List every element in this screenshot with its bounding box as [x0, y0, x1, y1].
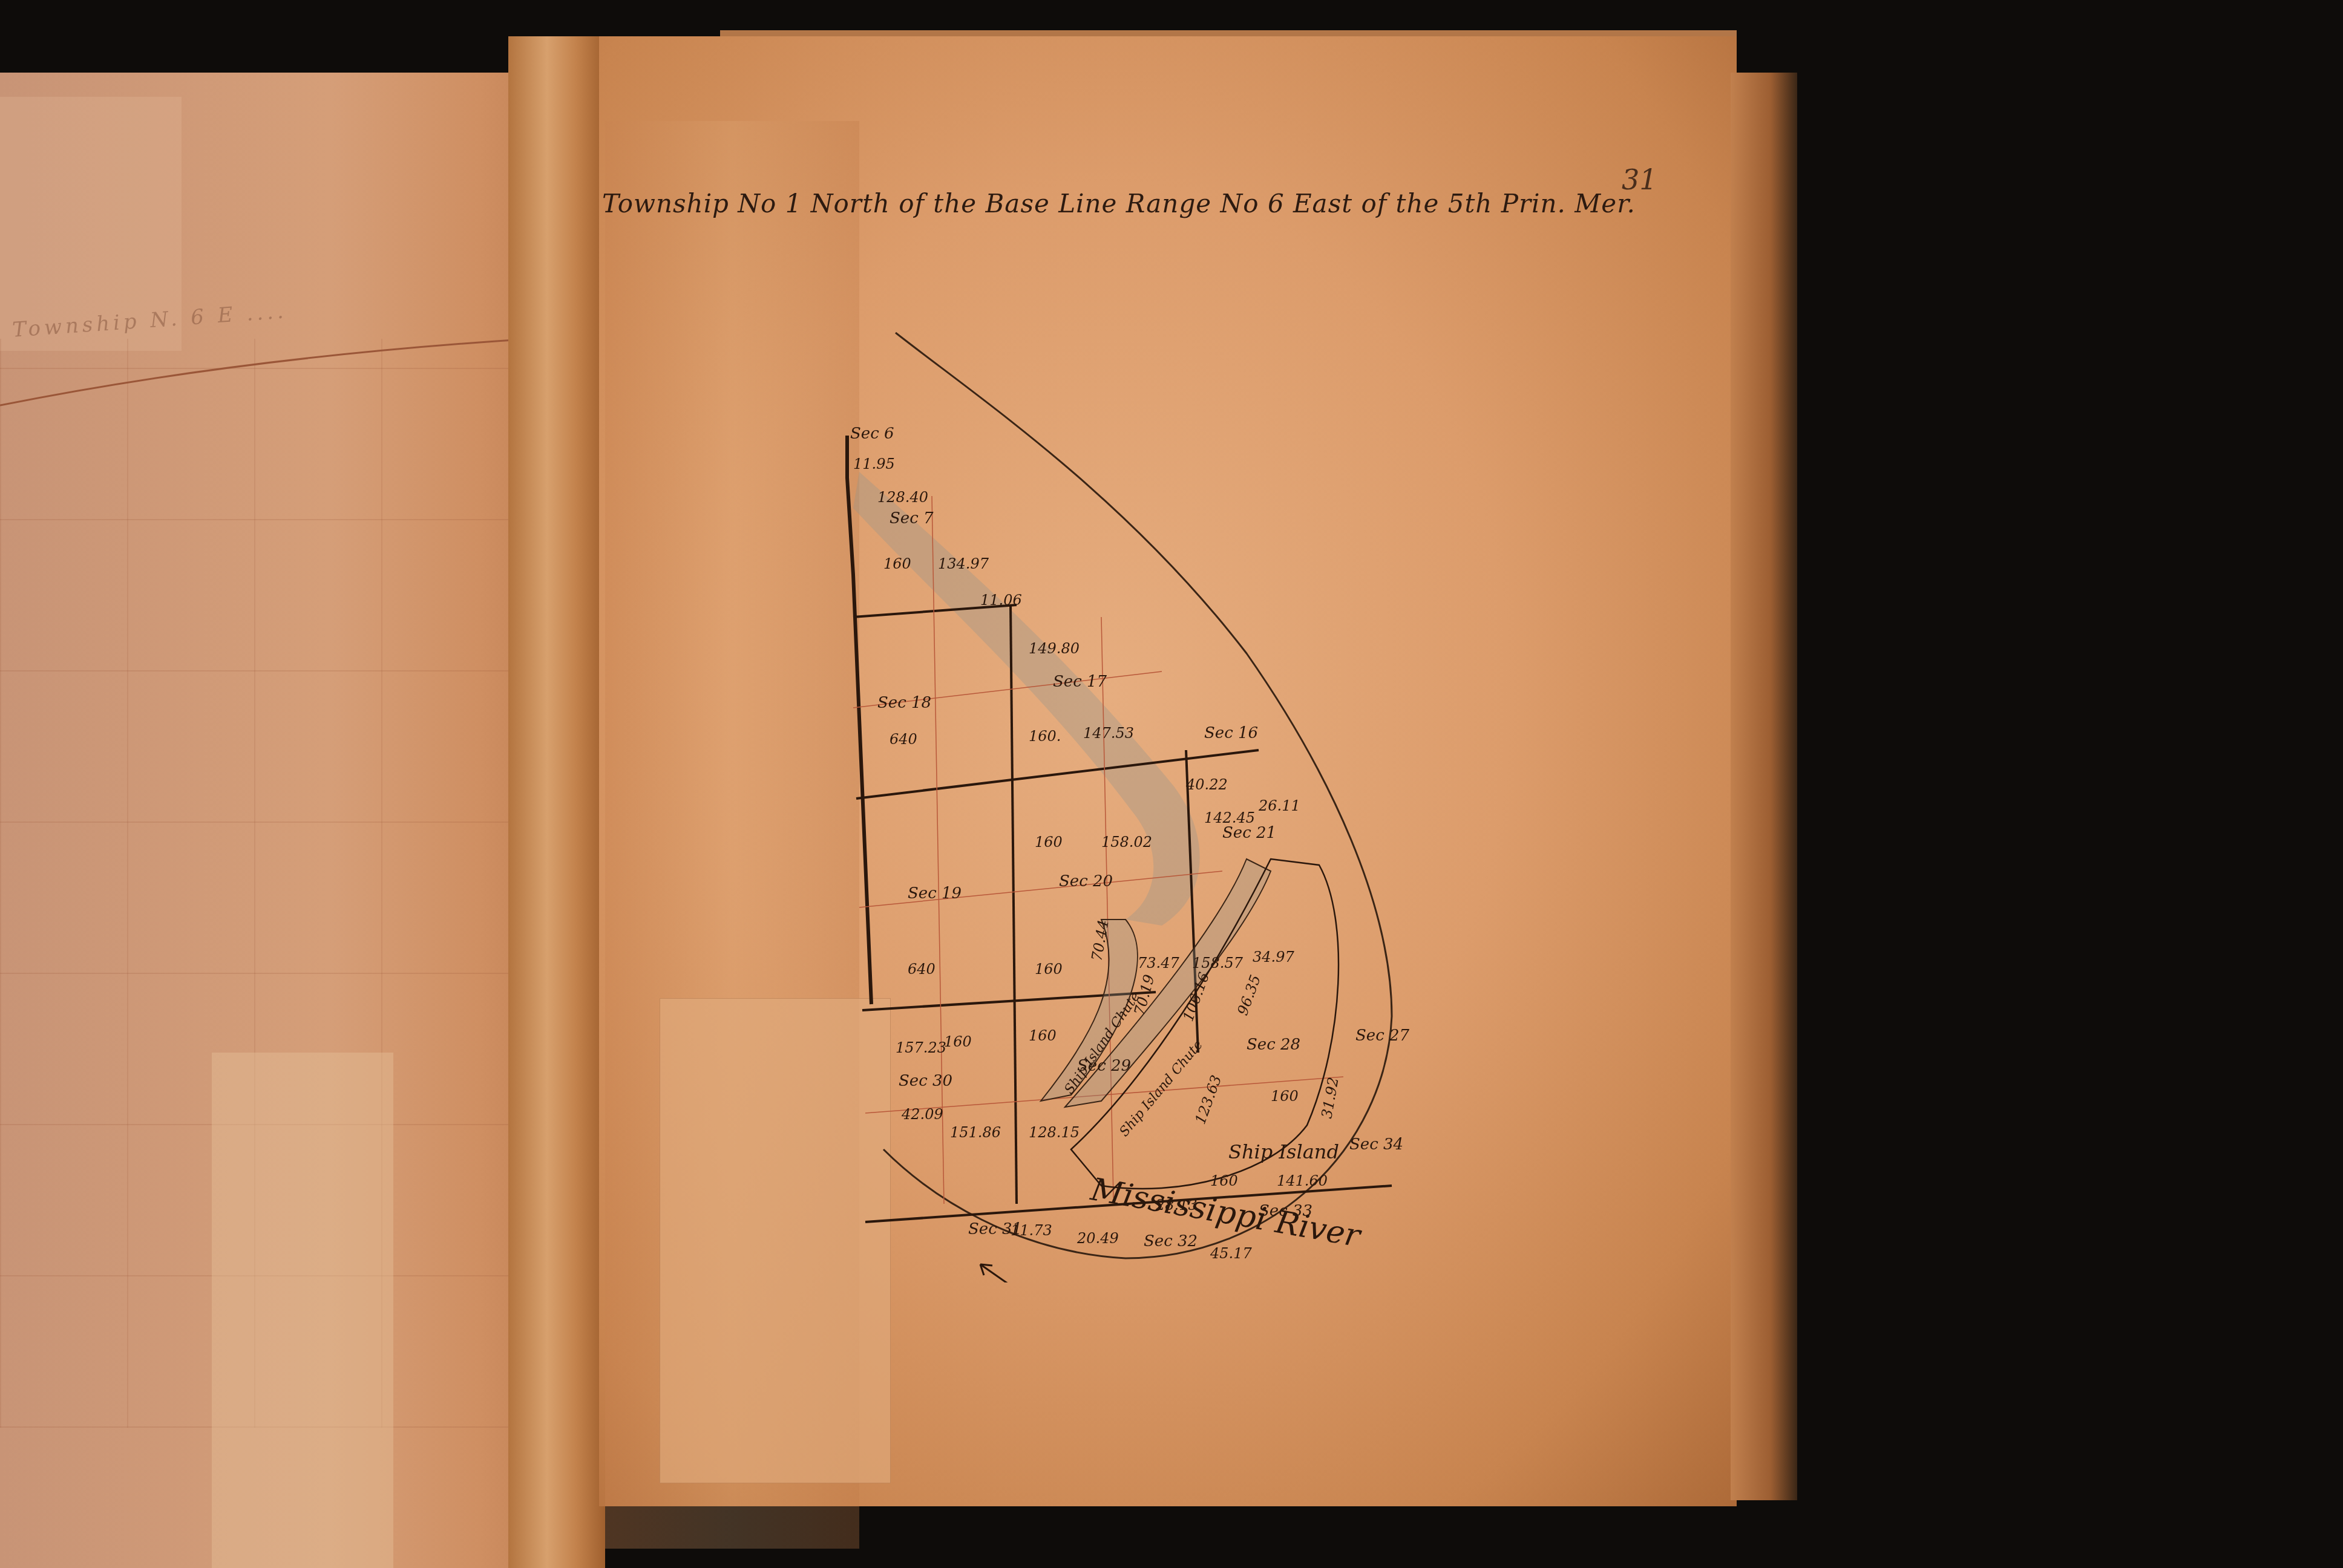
- acreage-value: 160: [1029, 1027, 1057, 1044]
- acreage-value: 142.45: [1204, 809, 1255, 826]
- section-label: Sec 21: [1222, 824, 1276, 842]
- acreage-value: 160: [1035, 834, 1063, 851]
- page-title: Township No 1 North of the Base Line Ran…: [602, 189, 1636, 218]
- acreage-value: 147.53: [1083, 725, 1134, 742]
- acreage-value: 157.23: [896, 1039, 946, 1056]
- book-spine: [508, 36, 605, 1568]
- section-label: Sec 20: [1059, 872, 1113, 890]
- acreage-value: 151.86: [950, 1124, 1001, 1141]
- acreage-value: 128.15: [1029, 1124, 1080, 1141]
- acreage-value: 149.80: [1029, 640, 1080, 657]
- page-stack-edge: [1731, 73, 1797, 1500]
- acreage-value: 73.47: [1138, 955, 1179, 972]
- acreage-value: 160: [883, 555, 911, 572]
- island-label: Ship Island: [1228, 1140, 1339, 1163]
- acreage-value: 40.22: [1185, 776, 1228, 793]
- acreage-value: 160: [1271, 1088, 1299, 1105]
- acreage-value: 640: [890, 731, 917, 748]
- section-label: Sec 34: [1349, 1135, 1403, 1154]
- acreage-value: 34.97: [1253, 949, 1294, 965]
- acreage-value: 160.: [1029, 728, 1061, 745]
- acreage-value: 158.57: [1192, 955, 1244, 972]
- township-plat-map: Sec 6 Sec 7 Sec 18 Sec 17 Sec 16 Sec 19 …: [787, 315, 1513, 1282]
- acreage-value: 128.40: [877, 489, 928, 506]
- section-label: Sec 16: [1204, 724, 1258, 742]
- section-label: Sec 30: [899, 1072, 952, 1090]
- acreage-value: 20.49: [1076, 1230, 1119, 1247]
- acreage-value: 26.11: [1258, 797, 1300, 814]
- section-label: Sec 7: [890, 509, 934, 528]
- acreage-value: 11.06: [980, 592, 1022, 609]
- left-page-curve-line: [0, 339, 532, 460]
- page-number: 31: [1622, 163, 1657, 196]
- section-label: Sec 6: [850, 425, 894, 443]
- section-label: Sec 27: [1355, 1027, 1410, 1045]
- acreage-value: 158.02: [1101, 834, 1152, 851]
- section-label: Sec 18: [877, 694, 931, 712]
- acreage-value: 42.09: [901, 1106, 943, 1123]
- left-page-pasted-patch: [212, 1053, 393, 1568]
- acreage-value: 11.95: [853, 456, 895, 472]
- north-arrow-icon: [980, 1264, 1041, 1282]
- section-label: Sec 19: [908, 884, 962, 903]
- acreage-value: 123.63: [1191, 1073, 1225, 1126]
- acreage-value: 134.97: [938, 555, 989, 572]
- section-label: Sec 28: [1247, 1036, 1300, 1054]
- acreage-value: 640: [908, 961, 936, 978]
- section-label: Sec 32: [1144, 1232, 1198, 1250]
- acreage-value: 11.73: [1011, 1222, 1052, 1239]
- acreage-value: 160: [1035, 961, 1063, 978]
- acreage-value: 160: [1210, 1172, 1238, 1189]
- section-label: Sec 17: [1053, 673, 1107, 691]
- acreage-value: 141.60: [1277, 1172, 1328, 1189]
- acreage-value: 45.17: [1210, 1245, 1252, 1262]
- acreage-value: 160: [944, 1033, 972, 1050]
- acreage-value: 96.35: [1234, 973, 1264, 1018]
